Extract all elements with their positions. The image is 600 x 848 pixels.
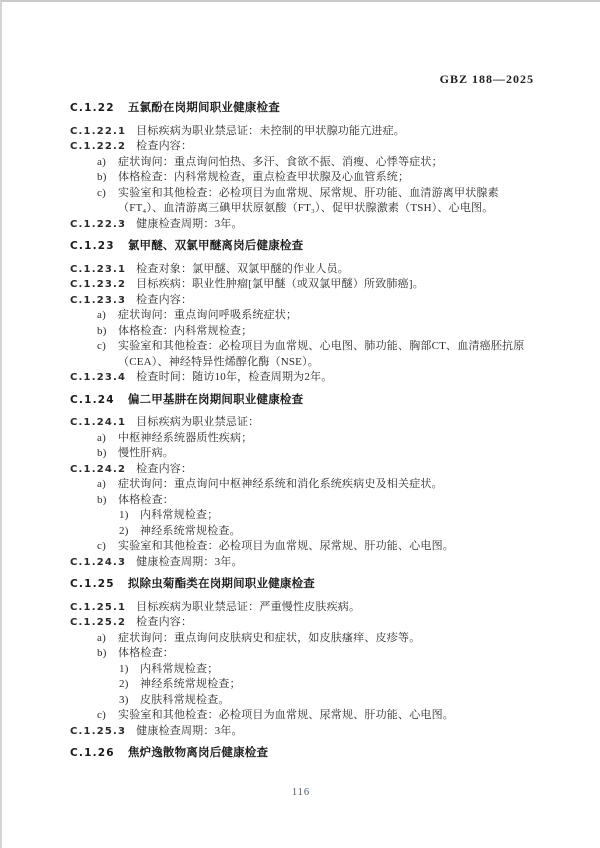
sublist-item: 1)内科常规检查； [70, 662, 536, 678]
clause-row: C.1.23.2目标疾病：职业性肿瘤[氯甲醚（或双氯甲醚）所致肺癌]。 [70, 277, 536, 293]
clause-text: 目标疾病为职业禁忌证：未控制的甲状腺功能亢进症。 [136, 124, 536, 140]
clause-number: C.1.23.2 [70, 277, 126, 293]
sublist-item-text: 神经系统常规检查。 [140, 524, 536, 540]
section-heading: C.1.26焦炉逸散物离岗后健康检查 [70, 746, 536, 762]
clause-number: C.1.22.1 [70, 124, 126, 140]
list-item-text: 体格检查： [118, 493, 536, 509]
clause-text: 健康检查周期：3年。 [136, 217, 536, 233]
section-number: C.1.22 [70, 101, 115, 117]
sublist-item-text: 内科常规检查； [140, 508, 536, 524]
list-item-text: 实验室和其他检查：必检项目为血常规、尿常规、肝功能、心电图。 [118, 708, 536, 724]
clause-text: 检查内容： [136, 615, 536, 631]
list-item: a)症状询问：重点询问呼吸系统症状； [70, 308, 536, 324]
list-item-text: 症状询问：重点询问呼吸系统症状； [118, 308, 536, 324]
clause-row: C.1.25.3健康检查周期：3年。 [70, 724, 536, 740]
list-item-text: 症状询问：重点询问皮肤病史和症状，如皮肤瘙痒、皮疹等。 [118, 631, 536, 647]
sublist-item: 1)内科常规检查； [70, 508, 536, 524]
list-item-text: 慢性肝病。 [118, 446, 536, 462]
list-item: c)实验室和其他检查：必检项目为血常规、尿常规、肝功能、心电图。 [70, 708, 536, 724]
list-item-text: 中枢神经系统器质性疾病； [118, 431, 536, 447]
list-item: a)症状询问：重点询问中枢神经系统和消化系统疾病史及相关症状。 [70, 477, 536, 493]
clause-number: C.1.25.3 [70, 724, 126, 740]
section: C.1.26焦炉逸散物离岗后健康检查 [70, 746, 536, 762]
list-item-label: a) [97, 477, 118, 493]
clause-text: 检查内容： [136, 462, 536, 478]
list-item-label: b) [97, 493, 118, 509]
list-item-text: 实验室和其他检查：必检项目为血常规、心电图、肺功能、胸部CT、血清癌胚抗原（CE… [118, 339, 536, 370]
sublist-item-text: 神经系统常规检查； [140, 677, 536, 693]
clause-row: C.1.22.1目标疾病为职业禁忌证：未控制的甲状腺功能亢进症。 [70, 124, 536, 140]
clause-row: C.1.25.2检查内容： [70, 615, 536, 631]
section-number: C.1.24 [70, 393, 115, 409]
list-item-text: 实验室和其他检查：必检项目为血常规、尿常规、肝功能、心电图。 [118, 539, 536, 555]
content: C.1.22五氯酚在岗期间职业健康检查C.1.22.1目标疾病为职业禁忌证：未控… [70, 94, 536, 769]
list-item: b)体格检查： [70, 493, 536, 509]
clause-row: C.1.24.2检查内容： [70, 462, 536, 478]
clause-text: 检查时间：随访10年，检查周期为2年。 [136, 370, 536, 386]
section-heading: C.1.25拟除虫菊酯类在岗期间职业健康检查 [70, 577, 536, 593]
clause-row: C.1.23.4检查时间：随访10年，检查周期为2年。 [70, 370, 536, 386]
clause-text: 检查内容： [136, 293, 536, 309]
list-item-label: b) [97, 446, 118, 462]
section-number: C.1.25 [70, 577, 115, 593]
clause-text: 目标疾病为职业禁忌证：严重慢性皮肤疾病。 [136, 600, 536, 616]
clause-row: C.1.24.3健康检查周期：3年。 [70, 555, 536, 571]
list-item-label: b) [97, 324, 118, 340]
clause-text: 健康检查周期：3年。 [136, 555, 536, 571]
section-title: 氯甲醚、双氯甲醚离岗后健康检查 [128, 239, 304, 255]
list-item: a)中枢神经系统器质性疾病； [70, 431, 536, 447]
clause-text: 健康检查周期：3年。 [136, 724, 536, 740]
clause-number: C.1.23.3 [70, 293, 126, 309]
list-item-text: 体格检查：内科常规检查； [118, 324, 536, 340]
section-title: 焦炉逸散物离岗后健康检查 [128, 746, 268, 762]
clause-row: C.1.22.3健康检查周期：3年。 [70, 217, 536, 233]
list-item: b)体格检查：内科常规检查，重点检查甲状腺及心血管系统； [70, 170, 536, 186]
list-item-text: 实验室和其他检查：必检项目为血常规、尿常规、肝功能、血清游离甲状腺素（FT₄）、… [118, 186, 536, 217]
section: C.1.23氯甲醚、双氯甲醚离岗后健康检查C.1.23.1检查对象：氯甲醚、双氯… [70, 239, 536, 386]
list-item: c)实验室和其他检查：必检项目为血常规、尿常规、肝功能、心电图。 [70, 539, 536, 555]
list-item-label: a) [97, 308, 118, 324]
list-item: a)症状询问：重点询问皮肤病史和症状，如皮肤瘙痒、皮疹等。 [70, 631, 536, 647]
clause-row: C.1.23.3检查内容： [70, 293, 536, 309]
list-item: b)体格检查：内科常规检查； [70, 324, 536, 340]
sublist-item-label: 1) [119, 662, 140, 678]
page-number: 116 [2, 787, 600, 798]
section-heading: C.1.22五氯酚在岗期间职业健康检查 [70, 101, 536, 117]
section-heading: C.1.23氯甲醚、双氯甲醚离岗后健康检查 [70, 239, 536, 255]
list-item-text: 症状询问：重点询问怕热、多汗、食欲不振、消瘦、心悸等症状； [118, 155, 536, 171]
list-item: b)慢性肝病。 [70, 446, 536, 462]
clause-number: C.1.23.4 [70, 370, 126, 386]
section-number: C.1.23 [70, 239, 115, 255]
list-item-label: c) [97, 339, 118, 370]
list-item-text: 症状询问：重点询问中枢神经系统和消化系统疾病史及相关症状。 [118, 477, 536, 493]
sublist-item-label: 3) [119, 693, 140, 709]
document-page: GBZ 188—2025 C.1.22五氯酚在岗期间职业健康检查C.1.22.1… [0, 0, 600, 848]
clause-text: 检查对象：氯甲醚、双氯甲醚的作业人员。 [136, 262, 536, 278]
clause-number: C.1.25.1 [70, 600, 126, 616]
clause-number: C.1.23.1 [70, 262, 126, 278]
sublist-item-text: 内科常规检查； [140, 662, 536, 678]
section: C.1.22五氯酚在岗期间职业健康检查C.1.22.1目标疾病为职业禁忌证：未控… [70, 101, 536, 232]
clause-row: C.1.22.2检查内容： [70, 139, 536, 155]
clause-number: C.1.24.1 [70, 415, 126, 431]
section-number: C.1.26 [70, 746, 115, 762]
list-item: c)实验室和其他检查：必检项目为血常规、心电图、肺功能、胸部CT、血清癌胚抗原（… [70, 339, 536, 370]
section-title: 偏二甲基肼在岗期间职业健康检查 [128, 393, 304, 409]
clause-number: C.1.22.3 [70, 217, 126, 233]
sublist-item: 3)皮肤科常规检查。 [70, 693, 536, 709]
list-item-label: c) [97, 539, 118, 555]
list-item-label: c) [97, 708, 118, 724]
clause-row: C.1.24.1目标疾病为职业禁忌证： [70, 415, 536, 431]
sublist-item: 2)神经系统常规检查。 [70, 524, 536, 540]
list-item-label: a) [97, 155, 118, 171]
list-item-text: 体格检查： [118, 646, 536, 662]
sublist-item: 2)神经系统常规检查； [70, 677, 536, 693]
clause-text: 检查内容： [136, 139, 536, 155]
sublist-item-text: 皮肤科常规检查。 [140, 693, 536, 709]
clause-number: C.1.22.2 [70, 139, 126, 155]
list-item: c)实验室和其他检查：必检项目为血常规、尿常规、肝功能、血清游离甲状腺素（FT₄… [70, 186, 536, 217]
clause-number: C.1.24.3 [70, 555, 126, 571]
list-item: b)体格检查： [70, 646, 536, 662]
section-title: 五氯酚在岗期间职业健康检查 [128, 101, 280, 117]
clause-number: C.1.25.2 [70, 615, 126, 631]
section-title: 拟除虫菊酯类在岗期间职业健康检查 [128, 577, 315, 593]
section-heading: C.1.24偏二甲基肼在岗期间职业健康检查 [70, 393, 536, 409]
clause-row: C.1.23.1检查对象：氯甲醚、双氯甲醚的作业人员。 [70, 262, 536, 278]
list-item-label: b) [97, 170, 118, 186]
clause-text: 目标疾病：职业性肿瘤[氯甲醚（或双氯甲醚）所致肺癌]。 [136, 277, 536, 293]
list-item: a)症状询问：重点询问怕热、多汗、食欲不振、消瘦、心悸等症状； [70, 155, 536, 171]
sublist-item-label: 1) [119, 508, 140, 524]
section: C.1.24偏二甲基肼在岗期间职业健康检查C.1.24.1目标疾病为职业禁忌证：… [70, 393, 536, 571]
section: C.1.25拟除虫菊酯类在岗期间职业健康检查C.1.25.1目标疾病为职业禁忌证… [70, 577, 536, 739]
clause-text: 目标疾病为职业禁忌证： [136, 415, 536, 431]
list-item-text: 体格检查：内科常规检查，重点检查甲状腺及心血管系统； [118, 170, 536, 186]
document-header-standard-number: GBZ 188—2025 [440, 72, 534, 87]
clause-row: C.1.25.1目标疾病为职业禁忌证：严重慢性皮肤疾病。 [70, 600, 536, 616]
sublist-item-label: 2) [119, 677, 140, 693]
list-item-label: a) [97, 631, 118, 647]
list-item-label: b) [97, 646, 118, 662]
list-item-label: c) [97, 186, 118, 217]
clause-number: C.1.24.2 [70, 462, 126, 478]
sublist-item-label: 2) [119, 524, 140, 540]
list-item-label: a) [97, 431, 118, 447]
